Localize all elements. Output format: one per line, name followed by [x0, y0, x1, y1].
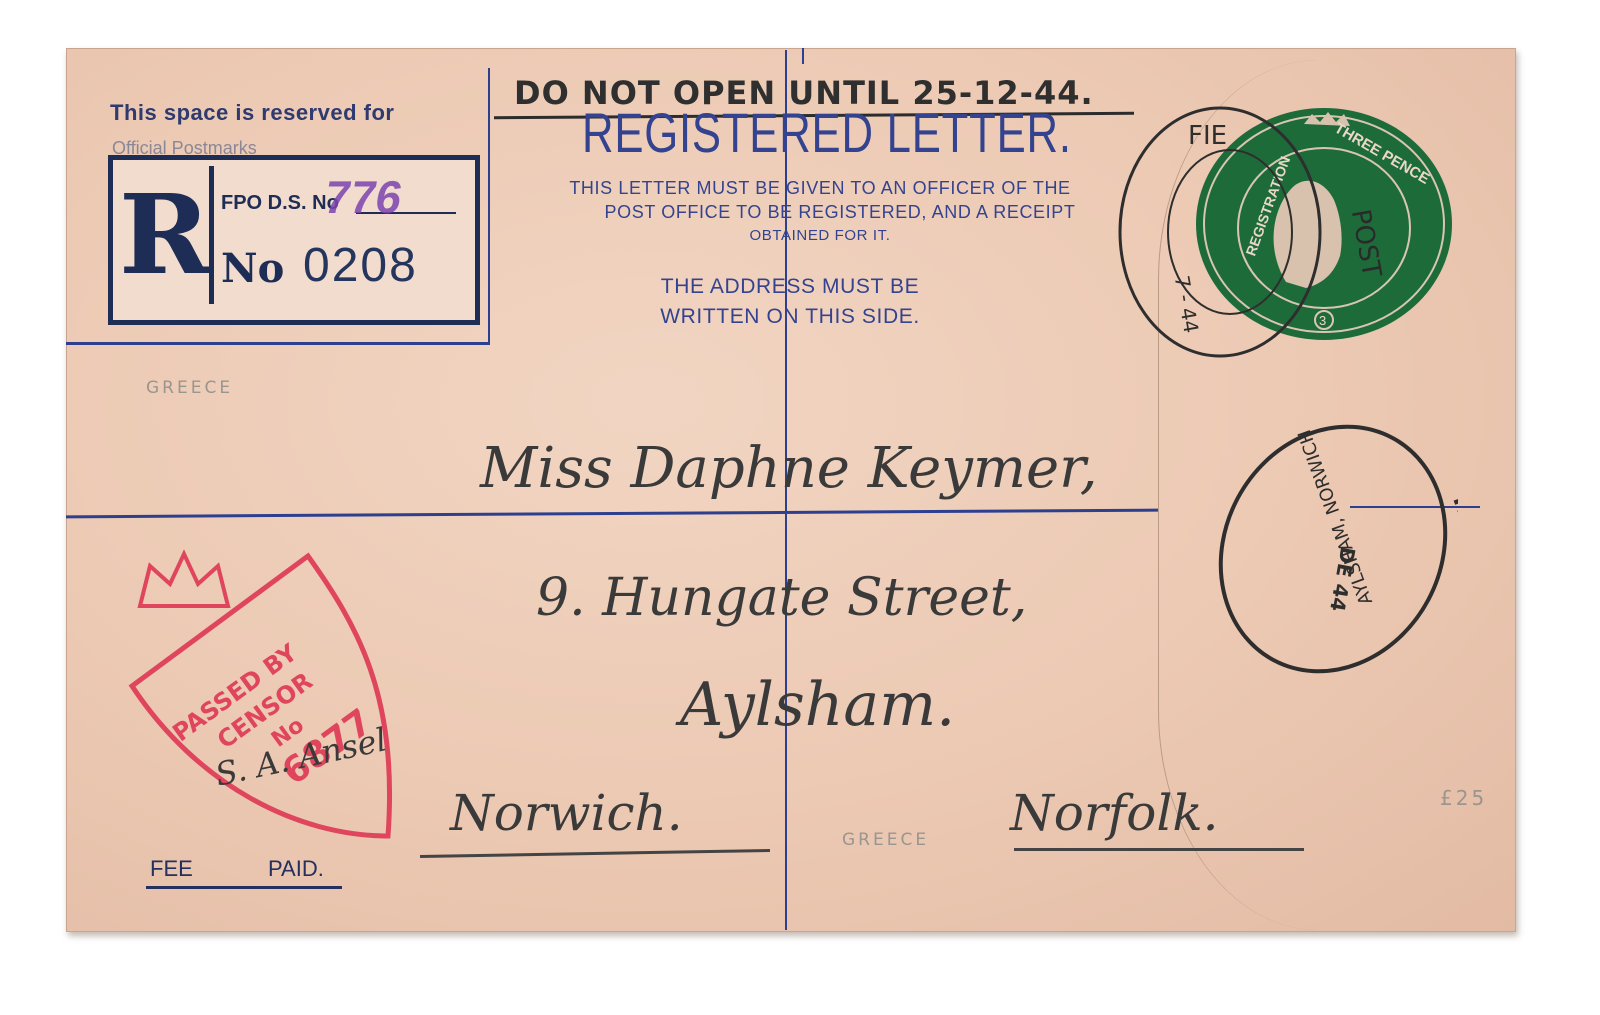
pencil-note-bottom: GREECE: [842, 830, 929, 850]
registered-line-top-left: [802, 48, 804, 64]
address-street: 9. Hungate Street,: [536, 568, 1027, 628]
registration-office-label: FPO D.S. No: [221, 192, 339, 215]
aylsham-registered-postmark: REGISTERED AYLSHAM, NORWICH DE 44: [1208, 414, 1458, 684]
address-name: Miss Daphne Keymer,: [480, 436, 1098, 501]
address-county: Norfolk.: [1010, 784, 1219, 842]
passed-by-censor-mark: PASSED BY CENSOR No 6877: [118, 536, 418, 846]
field-post-office-postmark: FIE 7 - 44: [1110, 104, 1340, 364]
registered-line-box-bottom: [66, 342, 490, 345]
address-town: Aylsham.: [680, 670, 955, 740]
reserved-space-text: This space is reserved for: [110, 100, 394, 126]
postmark-field-text: FIE: [1188, 121, 1227, 151]
address-instruction: THE ADDRESS MUST BE WRITTEN ON THIS SIDE…: [600, 272, 980, 332]
instruction-line-2: POST OFFICE TO BE REGISTERED, AND A RECE…: [510, 200, 1130, 224]
registration-letter-r: R: [119, 166, 214, 304]
pencil-note-price: £25: [1440, 786, 1487, 810]
address-county-underline: [1014, 848, 1304, 851]
registration-office-number: 776: [320, 170, 406, 224]
address-instruction-line-1: THE ADDRESS MUST BE: [600, 272, 980, 302]
registration-label: R FPO D.S. No 776 No 0208: [108, 155, 480, 325]
fee-label: FEE: [150, 856, 193, 882]
instruction-text: THIS LETTER MUST BE GIVEN TO AN OFFICER …: [510, 176, 1130, 248]
fee-paid-underline: [146, 886, 342, 889]
crown-icon: [140, 554, 228, 606]
registered-line-left-box: [488, 68, 490, 344]
paid-label: PAID.: [268, 856, 324, 882]
registered-letter-title: REGISTERED LETTER.: [582, 100, 1072, 165]
postmark-field-date: 7 - 44: [1170, 274, 1204, 335]
registration-number: 0208: [303, 238, 418, 293]
pencil-note-left: GREECE: [146, 378, 233, 398]
instruction-line-3: OBTAINED FOR IT.: [510, 224, 1130, 248]
address-instruction-line-2: WRITTEN ON THIS SIDE.: [600, 302, 980, 332]
address-city: Norwich.: [450, 784, 683, 842]
postmark-registered-text: REGISTERED: [1447, 491, 1458, 659]
instruction-line-1: THIS LETTER MUST BE GIVEN TO AN OFFICER …: [510, 176, 1130, 200]
registration-number-label: No: [221, 245, 284, 292]
